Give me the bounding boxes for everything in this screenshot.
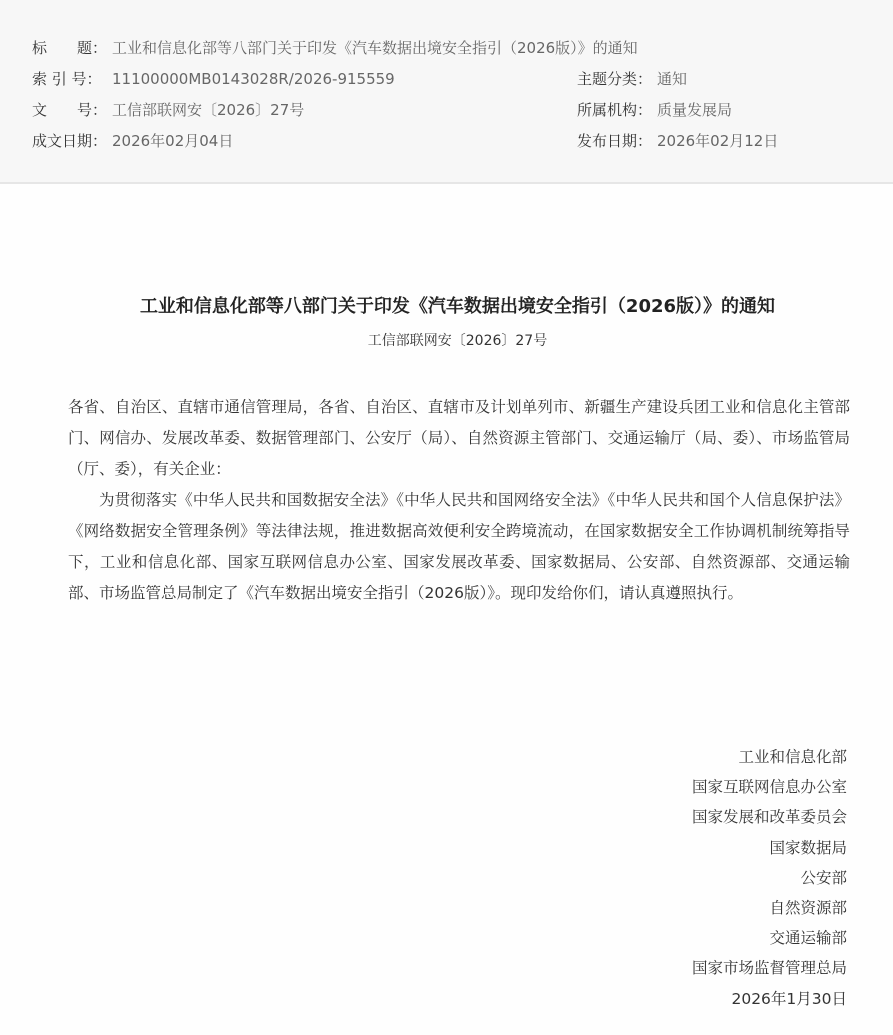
meta-docno-value: 工信部联网安〔2026〕27号 [112, 100, 304, 120]
document-date: 2026年1月30日 [692, 984, 847, 1014]
meta-index-value: 11100000MB0143028R/2026-915559 [112, 69, 395, 89]
signatory: 公安部 [692, 863, 847, 893]
metadata-panel: 标 题：工业和信息化部等八部门关于印发《汽车数据出境安全指引（2026版）》的通… [0, 0, 893, 184]
meta-agency-row: 所属机构：质量发展局 [577, 100, 732, 120]
meta-category-label: 主题分类： [577, 69, 657, 89]
signatories-block: 工业和信息化部 国家互联网信息办公室 国家发展和改革委员会 国家数据局 公安部 … [692, 742, 847, 1014]
meta-category-value: 通知 [657, 69, 687, 89]
signatory: 交通运输部 [692, 923, 847, 953]
document-number: 工信部联网安〔2026〕27号 [0, 330, 893, 352]
meta-published-row: 发布日期：2026年02月12日 [577, 131, 778, 151]
meta-index-label: 索 引 号： [32, 69, 112, 89]
signatory: 国家发展和改革委员会 [692, 802, 847, 832]
meta-title-value: 工业和信息化部等八部门关于印发《汽车数据出境安全指引（2026版）》的通知 [112, 38, 638, 58]
meta-published-value: 2026年02月12日 [657, 131, 778, 151]
recipients-paragraph: 各省、自治区、直辖市通信管理局，各省、自治区、直辖市及计划单列市、新疆生产建设兵… [68, 392, 850, 485]
document-body: 各省、自治区、直辖市通信管理局，各省、自治区、直辖市及计划单列市、新疆生产建设兵… [68, 392, 850, 609]
meta-agency-label: 所属机构： [577, 100, 657, 120]
signatory: 自然资源部 [692, 893, 847, 923]
signatory: 国家数据局 [692, 833, 847, 863]
meta-title-row: 标 题：工业和信息化部等八部门关于印发《汽车数据出境安全指引（2026版）》的通… [32, 38, 638, 58]
meta-published-label: 发布日期： [577, 131, 657, 151]
body-paragraph: 为贯彻落实《中华人民共和国数据安全法》《中华人民共和国网络安全法》《中华人民共和… [68, 485, 850, 609]
meta-title-label: 标 题： [32, 38, 112, 58]
signatory: 国家市场监督管理总局 [692, 953, 847, 983]
document-title: 工业和信息化部等八部门关于印发《汽车数据出境安全指引（2026版）》的通知 [0, 294, 893, 320]
meta-docno-label: 文 号： [32, 100, 112, 120]
meta-created-row: 成文日期：2026年02月04日 [32, 131, 233, 151]
meta-category-row: 主题分类：通知 [577, 69, 687, 89]
meta-created-label: 成文日期： [32, 131, 112, 151]
signatory: 工业和信息化部 [692, 742, 847, 772]
meta-created-value: 2026年02月04日 [112, 131, 233, 151]
meta-index-row: 索 引 号：11100000MB0143028R/2026-915559 [32, 69, 395, 89]
meta-agency-value: 质量发展局 [657, 100, 732, 120]
signatory: 国家互联网信息办公室 [692, 772, 847, 802]
meta-docno-row: 文 号：工信部联网安〔2026〕27号 [32, 100, 304, 120]
